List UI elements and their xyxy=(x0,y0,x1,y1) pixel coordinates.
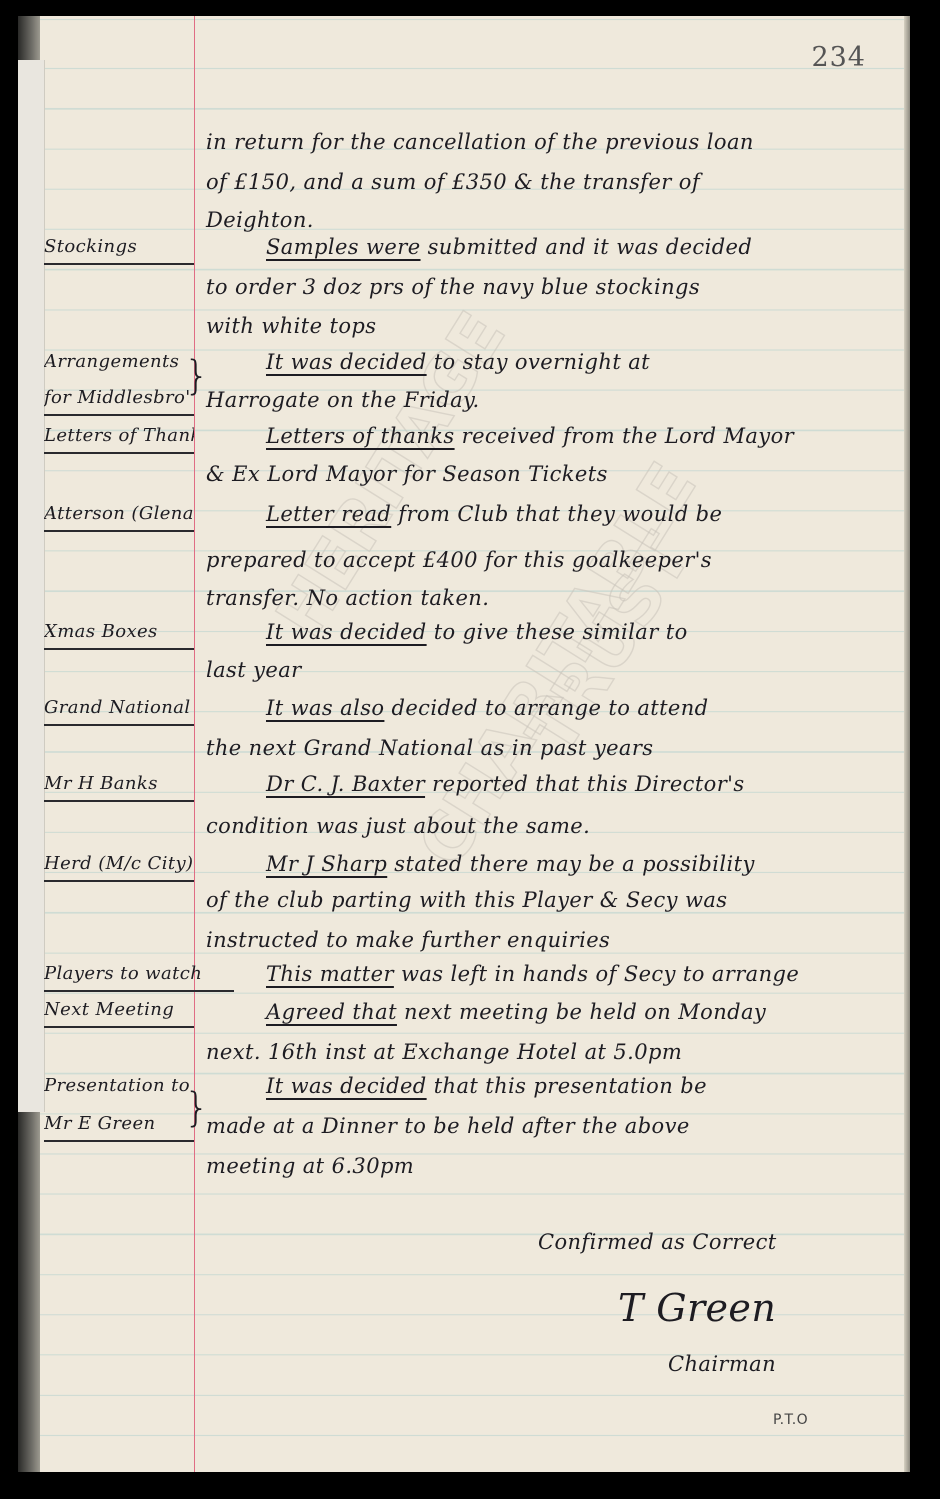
margin-heading: Herd (M/c City) xyxy=(44,848,194,882)
minute-line: It was also decided to arrange to attend xyxy=(206,692,940,724)
minute-line: It was decided that this presentation be xyxy=(206,1070,940,1102)
minute-line: instructed to make further enquiries xyxy=(206,924,896,956)
minute-line: in return for the cancellation of the pr… xyxy=(206,126,896,158)
pto-note: P.T.O xyxy=(773,1412,808,1428)
minute-line: & Ex Lord Mayor for Season Tickets xyxy=(206,458,896,490)
margin-heading: Atterson (Glenavon) xyxy=(44,498,194,532)
margin-heading: Mr E Green xyxy=(44,1108,194,1142)
minute-line: Agreed that next meeting be held on Mond… xyxy=(206,996,940,1028)
minute-line: of £150, and a sum of £350 & the transfe… xyxy=(206,166,896,198)
minute-line: meeting at 6.30pm xyxy=(206,1150,896,1182)
margin-heading: Presentation to xyxy=(44,1070,194,1102)
minute-line: It was decided to give these similar to xyxy=(206,616,940,648)
margin-heading: Grand National xyxy=(44,692,194,726)
minute-line: Dr C. J. Baxter reported that this Direc… xyxy=(206,768,940,800)
confirmation-text: Confirmed as Correct xyxy=(538,1230,777,1254)
minute-line: Mr J Sharp stated there may be a possibi… xyxy=(206,848,940,880)
minute-line: next. 16th inst at Exchange Hotel at 5.0… xyxy=(206,1036,896,1068)
minute-line: Harrogate on the Friday. xyxy=(206,384,896,416)
minute-line: Letter read from Club that they would be xyxy=(206,498,940,530)
ledger-page: HERITAGE CHARITABLE TRUST 234 in return … xyxy=(18,16,910,1472)
margin-heading: Letters of Thanks xyxy=(44,420,194,454)
margin-heading: Xmas Boxes xyxy=(44,616,194,650)
minute-line: Samples were submitted and it was decide… xyxy=(206,231,940,263)
minute-line: Letters of thanks received from the Lord… xyxy=(206,420,940,452)
chairman-title: Chairman xyxy=(668,1352,776,1376)
binding-strip xyxy=(18,60,45,1112)
margin-heading: Arrangements xyxy=(44,346,194,378)
margin-rule xyxy=(194,16,195,1472)
minute-line: transfer. No action taken. xyxy=(206,582,896,614)
margin-heading: Stockings xyxy=(44,231,194,265)
minute-line: of the club parting with this Player & S… xyxy=(206,884,896,916)
margin-heading: for Middlesbro' xyxy=(44,382,194,416)
minute-line: made at a Dinner to be held after the ab… xyxy=(206,1110,896,1142)
signature: T Green xyxy=(618,1286,776,1330)
page-number: 234 xyxy=(811,42,866,73)
minute-line: the next Grand National as in past years xyxy=(206,732,896,764)
minute-line: condition was just about the same. xyxy=(206,810,896,842)
minute-line: prepared to accept £400 for this goalkee… xyxy=(206,544,896,576)
minute-line: This matter was left in hands of Secy to… xyxy=(206,958,940,990)
minute-line: last year xyxy=(206,654,896,686)
margin-heading: Next Meeting xyxy=(44,994,194,1028)
margin-heading: Mr H Banks xyxy=(44,768,194,802)
minute-line: with white tops xyxy=(206,310,896,342)
minute-line: It was decided to stay overnight at xyxy=(206,346,940,378)
minute-line: to order 3 doz prs of the navy blue stoc… xyxy=(206,271,896,303)
